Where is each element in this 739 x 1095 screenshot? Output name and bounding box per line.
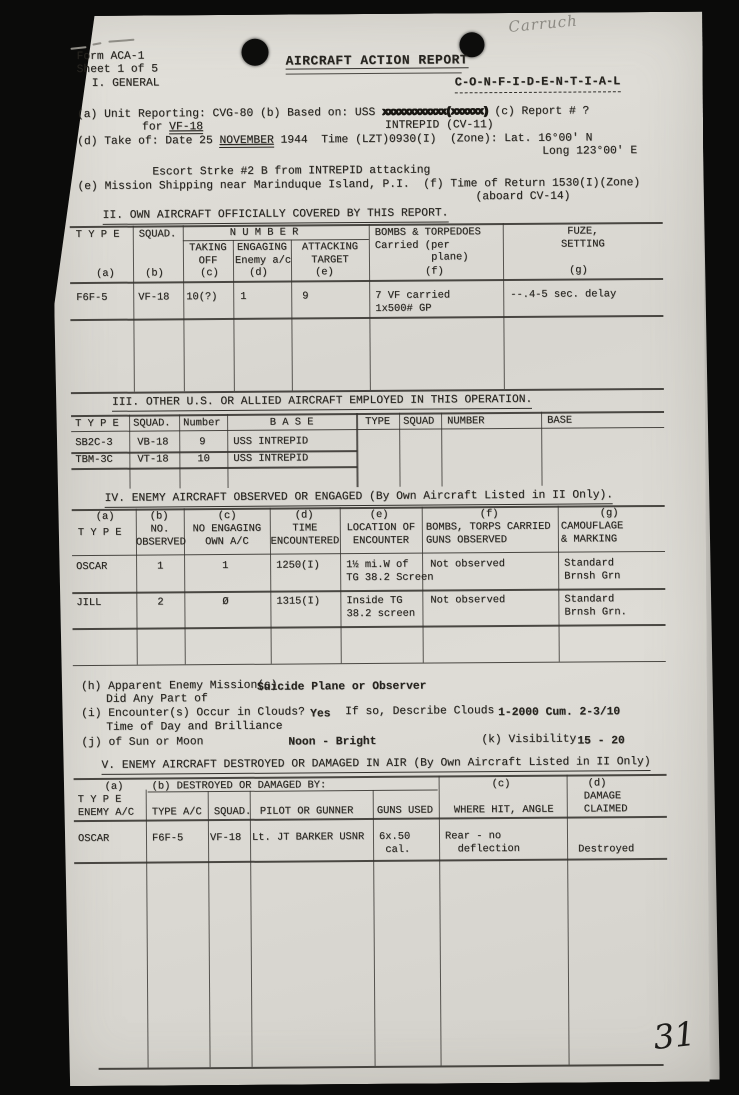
- section-ii-title: II. OWN AIRCRAFT OFFICIALLY COVERED BY T…: [103, 207, 449, 224]
- question-i-label: (i) Encounter(s) Occur in Clouds?: [81, 706, 305, 721]
- section-v-title: V. ENEMY AIRCRAFT DESTROYED OR DAMAGED I…: [101, 756, 650, 774]
- s5-cell-guns: 6x.50 cal.: [379, 831, 410, 856]
- question-j-answer: Noon - Bright: [288, 736, 376, 750]
- s3-header-number-left: Number: [183, 417, 221, 430]
- s4-col-letter: (c): [218, 510, 237, 523]
- s5-header-where-hit: WHERE HIT, ANGLE: [454, 804, 554, 817]
- s3-header-base-right: BASE: [547, 415, 572, 428]
- s2-cell-bombs: 7 VF carried 1x500# GP: [375, 289, 450, 315]
- s3-cell: USS INTREPID: [233, 435, 308, 448]
- s2-cell-squad: VF-18: [138, 291, 169, 304]
- s4-cell: Standard Brnsh Grn.: [564, 593, 627, 619]
- s2-header-taking-off: TAKING OFF: [185, 242, 231, 268]
- s4-header-camouflage: CAMOUFLAGE & MARKING: [561, 520, 624, 546]
- question-h-label: (h) Apparent Enemy Mission(s): [81, 680, 278, 695]
- s4-cell: 1315(I): [276, 595, 320, 608]
- aboard-line: (aboard CV-14): [475, 191, 570, 205]
- s3-cell: VB-18: [137, 436, 168, 449]
- s4-col-letter: (e): [370, 509, 389, 522]
- s2-cell-type: F6F-5: [76, 292, 107, 305]
- rule-h: [74, 774, 667, 780]
- s3-header-number-right: NUMBER: [447, 415, 485, 428]
- rule-v: [422, 507, 424, 663]
- question-j-label: (j) of Sun or Moon: [81, 736, 203, 750]
- s5-header-pilot: PILOT OR GUNNER: [260, 805, 354, 818]
- rule-h: [74, 858, 667, 864]
- s5-cell-type-ac: F6F-5: [152, 832, 183, 845]
- s2-header-number-group: N U M B E R: [230, 226, 299, 239]
- s4-col-letter: (f): [480, 508, 499, 521]
- s4-cell: Standard Brnsh Grn: [564, 557, 620, 583]
- s5-cell-where-hit: Rear - no deflection: [445, 830, 520, 856]
- s5-cell-pilot: Lt. JT BARKER USNR: [252, 831, 364, 844]
- question-i-mid: If so, Describe Clouds: [345, 705, 494, 720]
- s2-col-letter: (b): [145, 267, 164, 280]
- s4-cell: Not observed: [430, 558, 505, 571]
- s4-col-letter: (b): [150, 510, 169, 523]
- s2-col-letter: (e): [315, 266, 334, 279]
- handwritten-page-number: 31: [651, 1014, 697, 1057]
- takeoff-label: (d) Take of: Date 25: [77, 135, 219, 148]
- s5-cell-squad: VF-18: [210, 832, 241, 845]
- s4-cell: 1½ mi.W of TG 38.2 Screen: [346, 559, 433, 585]
- s5-letter-d: (d): [588, 777, 607, 790]
- s5-cell-enemy-type: OSCAR: [78, 833, 109, 846]
- s2-col-letter: (d): [249, 267, 268, 280]
- s2-cell-taking-off: 10(?): [186, 291, 217, 304]
- s5-header-type-enemy: T Y P E ENEMY A/C: [78, 794, 134, 820]
- rule-v: [541, 412, 543, 486]
- unit-reporting-label: (a) Unit Reporting: CVG-80 (b) Based on:…: [77, 107, 382, 121]
- s3-cell: TBM-3C: [75, 454, 113, 467]
- s4-cell: Inside TG 38.2 screen: [346, 595, 415, 621]
- s3-cell: VT-18: [137, 453, 168, 466]
- rule-v: [373, 790, 376, 1066]
- s3-header-squad-right: SQUAD: [403, 416, 434, 429]
- question-i-cont: Time of Day and Brilliance: [106, 721, 282, 736]
- title-underline: [286, 72, 462, 74]
- scanned-page: Carruch 31 Form ACA-1 Sheet 1 of 5 I. GE…: [0, 0, 739, 1095]
- s4-cell: Not observed: [430, 594, 505, 607]
- for-unit-line: for VF-18: [142, 121, 203, 135]
- takeoff-time-zone: 1944 Time (LZT)0930(I) (Zone): Lat. 16°0…: [274, 132, 593, 146]
- s4-cell: JILL: [76, 597, 101, 610]
- section-i-heading: I. GENERAL: [92, 77, 160, 91]
- rule-h: [71, 466, 357, 470]
- takeoff-month: NOVEMBER: [219, 135, 273, 148]
- s4-header-engaging: NO ENGAGING OWN A/C: [184, 523, 270, 549]
- rule-v: [146, 790, 149, 1068]
- s4-header-location: LOCATION OF ENCOUNTER: [340, 522, 422, 548]
- redacted-ship-name: xxxxxxxxxxxx(xxxxxx): [382, 106, 488, 119]
- s5-letter-b-group: (b) DESTROYED OR DAMAGED BY:: [152, 779, 327, 793]
- s2-header-attacking: ATTACKING TARGET: [293, 241, 367, 267]
- report-number-label: (c) Report # ?: [488, 105, 590, 118]
- s2-header-type: T Y P E: [76, 229, 120, 242]
- rule-v: [369, 224, 371, 390]
- s3-cell: 10: [197, 453, 210, 466]
- unit-reporting-line: (a) Unit Reporting: CVG-80 (b) Based on:…: [77, 105, 589, 122]
- s4-header-type: T Y P E: [78, 527, 122, 540]
- s3-cell: SB2C-3: [75, 437, 113, 450]
- escort-strike-line: Escort Strke #2 B from INTREPID attackin…: [152, 165, 430, 180]
- s4-col-letter: (d): [295, 509, 314, 522]
- s4-cell: 1250(I): [276, 559, 320, 572]
- takeoff-line: (d) Take of: Date 25 NOVEMBER 1944 Time …: [77, 132, 592, 149]
- s4-col-letter: (a): [96, 511, 115, 524]
- handwritten-annotation: Carruch: [508, 12, 579, 36]
- s2-cell-fuze: --.4-5 sec. delay: [510, 288, 616, 301]
- for-unit-value: VF-18: [169, 121, 203, 134]
- question-i-answer: Yes: [310, 708, 330, 722]
- form-number: Form ACA-1: [77, 51, 145, 65]
- s3-header-type-right: TYPE: [365, 416, 390, 429]
- rule-v: [441, 412, 443, 486]
- pencil-scribble: [108, 39, 134, 43]
- s2-cell-engaging: 1: [240, 291, 246, 304]
- s3-header-squad-left: SQUAD.: [133, 417, 171, 430]
- punch-hole-left: [241, 39, 268, 66]
- rule-h: [99, 1064, 664, 1070]
- report-title: AIRCRAFT ACTION REPORT: [286, 53, 469, 69]
- s4-header-bombs: BOMBS, TORPS CARRIED GUNS OBSERVED: [426, 521, 551, 547]
- s2-col-letter: (f): [425, 265, 444, 278]
- s2-header-bombs: BOMBS & TORPEDOES Carried (per plane): [375, 226, 481, 265]
- s4-cell: Ø: [222, 596, 228, 609]
- s5-header-damage: DAMAGE CLAIMED: [584, 790, 628, 815]
- question-i-clouds: 1-2000 Cum. 2-3/10: [498, 706, 620, 720]
- s3-header-type-left: T Y P E: [75, 418, 119, 431]
- s3-cell: 9: [199, 436, 205, 449]
- s4-cell: 1: [157, 560, 163, 573]
- s2-col-letter: (g): [569, 264, 588, 277]
- question-h-answer: Suicide Plane or Observer: [257, 681, 427, 696]
- rule-h: [71, 450, 357, 454]
- rule-h: [72, 551, 665, 556]
- section-iii-title: III. OTHER U.S. OR ALLIED AIRCRAFT EMPLO…: [112, 394, 532, 411]
- s5-header-guns: GUNS USED: [377, 805, 433, 818]
- s2-header-engaging: ENGAGING Enemy a/c: [235, 242, 289, 268]
- s5-header-squad: SQUAD.: [214, 806, 252, 819]
- s4-cell: OSCAR: [76, 561, 107, 574]
- pencil-scribble: [70, 46, 86, 50]
- rule-v: [356, 413, 359, 487]
- s2-cell-attacking: 9: [302, 290, 308, 303]
- document-content: Carruch 31 Form ACA-1 Sheet 1 of 5 I. GE…: [0, 0, 739, 1095]
- pencil-scribble: [92, 42, 101, 46]
- rule-h: [70, 315, 663, 321]
- s3-cell: USS INTREPID: [233, 452, 308, 465]
- rule-v: [558, 506, 560, 662]
- s5-cell-damage: Destroyed: [578, 843, 634, 856]
- s4-cell: 2: [157, 596, 163, 609]
- section-iv-title: IV. ENEMY AIRCRAFT OBSERVED OR ENGAGED (…: [105, 489, 614, 507]
- s2-header-fuze: FUZE, SETTING: [503, 225, 663, 251]
- s2-col-letter: (c): [200, 267, 219, 280]
- classification-stamp: C-O-N-F-I-D-E-N-T-I-A-L: [455, 75, 621, 93]
- s4-header-time: TIME ENCOUNTERED: [270, 522, 340, 548]
- s3-header-base-left: B A S E: [227, 416, 356, 429]
- based-on-value: INTREPID (CV-11): [385, 119, 494, 133]
- rule-h: [73, 661, 666, 666]
- rule-h: [73, 624, 666, 630]
- s4-cell: 1: [222, 560, 228, 573]
- s2-header-squad: SQUAD.: [139, 228, 177, 241]
- s2-col-letter: (a): [96, 268, 115, 281]
- s4-col-letter: (g): [600, 507, 619, 520]
- rule-v: [133, 226, 135, 392]
- longitude-value: Long 123°00' E: [542, 145, 637, 159]
- rule-h: [71, 388, 664, 394]
- s5-letter-c: (c): [492, 778, 511, 791]
- question-h-cont: Did Any Part of: [106, 693, 208, 707]
- question-k-answer: 15 - 20: [577, 735, 625, 749]
- sheet-number: Sheet 1 of 5: [77, 63, 158, 77]
- s5-header-type-ac: TYPE A/C: [152, 806, 202, 819]
- question-k-label: (k) Visibility: [481, 734, 576, 748]
- s5-letter-a: (a): [105, 781, 124, 794]
- for-label: for: [142, 121, 169, 133]
- s4-header-observed: NO. OBSERVED: [136, 523, 184, 549]
- rule-v: [399, 413, 401, 487]
